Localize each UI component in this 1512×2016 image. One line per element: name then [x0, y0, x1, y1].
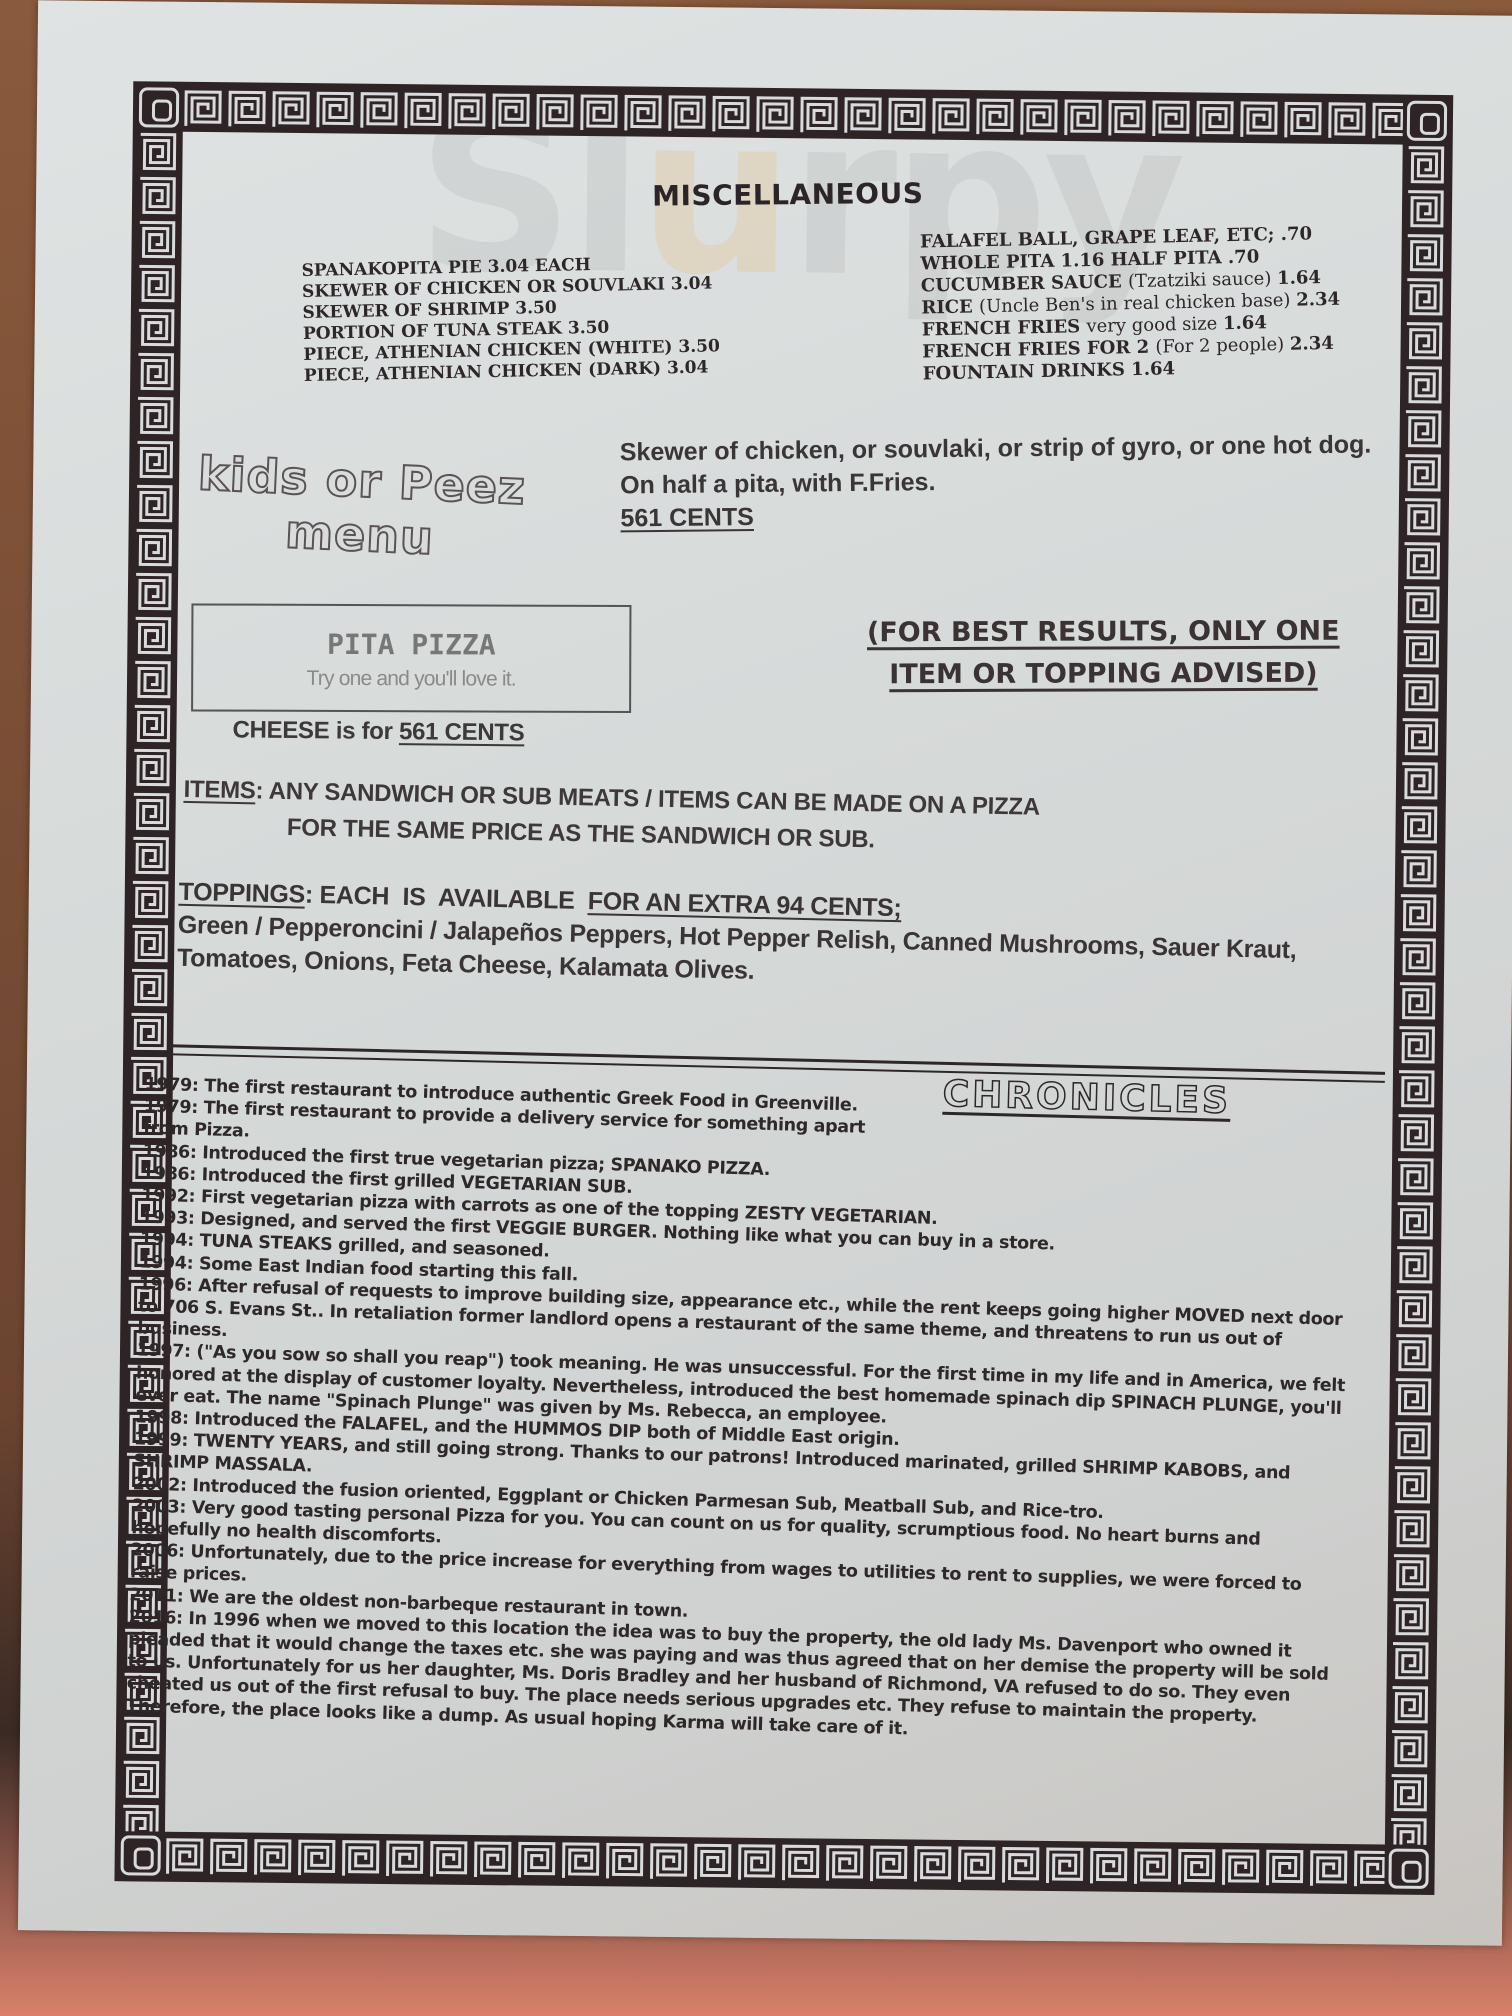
menu-item-name: FRENCH FRIES	[922, 316, 1087, 340]
misc-items-left: SPANAKOPITA PIE 3.04 EACHSKEWER OF CHICK…	[301, 252, 720, 387]
pita-pizza-title: PITA PIZZA	[193, 627, 629, 662]
menu-item-note: (For 2 people)	[1155, 334, 1290, 358]
menu-page: Slurpy	[18, 0, 1512, 1945]
menu-item-note: (Tzatziki sauce)	[1128, 268, 1278, 292]
menu-item-price: .70	[1280, 223, 1312, 245]
corner-ornament-icon	[1407, 101, 1447, 141]
menu-item-price: 3.50	[515, 298, 557, 319]
cheese-pizza-price: CHEESE is for 561 CENTS	[232, 716, 524, 747]
kids-menu-price: 561 CENTS	[620, 494, 1380, 535]
topping-advice: (FOR BEST RESULTS, ONLY ONE ITEM OR TOPP…	[823, 610, 1383, 696]
corner-ornament-icon	[1388, 1849, 1428, 1889]
menu-item-note: very good size	[1086, 313, 1223, 337]
menu-item-price: 1.64	[1131, 358, 1175, 380]
menu-item-price: 1.64	[1277, 267, 1321, 289]
menu-item-name: RICE	[921, 296, 979, 318]
pizza-toppings-note: TOPPINGS: EACH IS AVAILABLE FOR AN EXTRA…	[177, 876, 1379, 1002]
section-title-miscellaneous: MISCELLANEOUS	[652, 177, 924, 213]
pizza-items-note: ITEMS: ANY SANDWICH OR SUB MEATS / ITEMS…	[183, 772, 1041, 862]
section-divider	[169, 1044, 1385, 1083]
pita-pizza-box: PITA PIZZA Try one and you'll love it.	[191, 603, 631, 713]
menu-item-price: .70	[1228, 246, 1260, 268]
menu-item-name: SPANAKOPITA PIE	[301, 257, 487, 281]
pita-pizza-tagline: Try one and you'll love it.	[193, 666, 629, 692]
menu-item-name: CUCUMBER SAUCE	[921, 271, 1129, 296]
misc-items-right: FALAFEL BALL, GRAPE LEAF, ETC; .70WHOLE …	[920, 223, 1342, 386]
menu-item-price: 3.50	[568, 318, 610, 339]
menu-content: MISCELLANEOUS SPANAKOPITA PIE 3.04 EACHS…	[165, 132, 1403, 1845]
menu-item-price: 2.34	[1296, 289, 1340, 311]
kids-menu-logo: kids or Peez menu	[195, 446, 527, 569]
menu-item-price: 3.04	[671, 273, 713, 294]
menu-item-price: 2.34	[1290, 333, 1334, 355]
menu-item-price: 3.04 EACH	[487, 255, 590, 277]
menu-item-price: 1.64	[1223, 312, 1267, 334]
corner-ornament-icon	[121, 1835, 161, 1875]
corner-ornament-icon	[139, 87, 179, 127]
menu-item-name: FOUNTAIN DRINKS	[923, 359, 1132, 384]
menu-item-price: 3.04	[667, 358, 709, 379]
chronicles-list: 1979: The first restaurant to introduce …	[126, 1073, 1355, 1753]
menu-item-price: 3.50	[678, 336, 720, 357]
kids-menu-description: Skewer of chicken, or souvlaki, or strip…	[620, 428, 1381, 535]
